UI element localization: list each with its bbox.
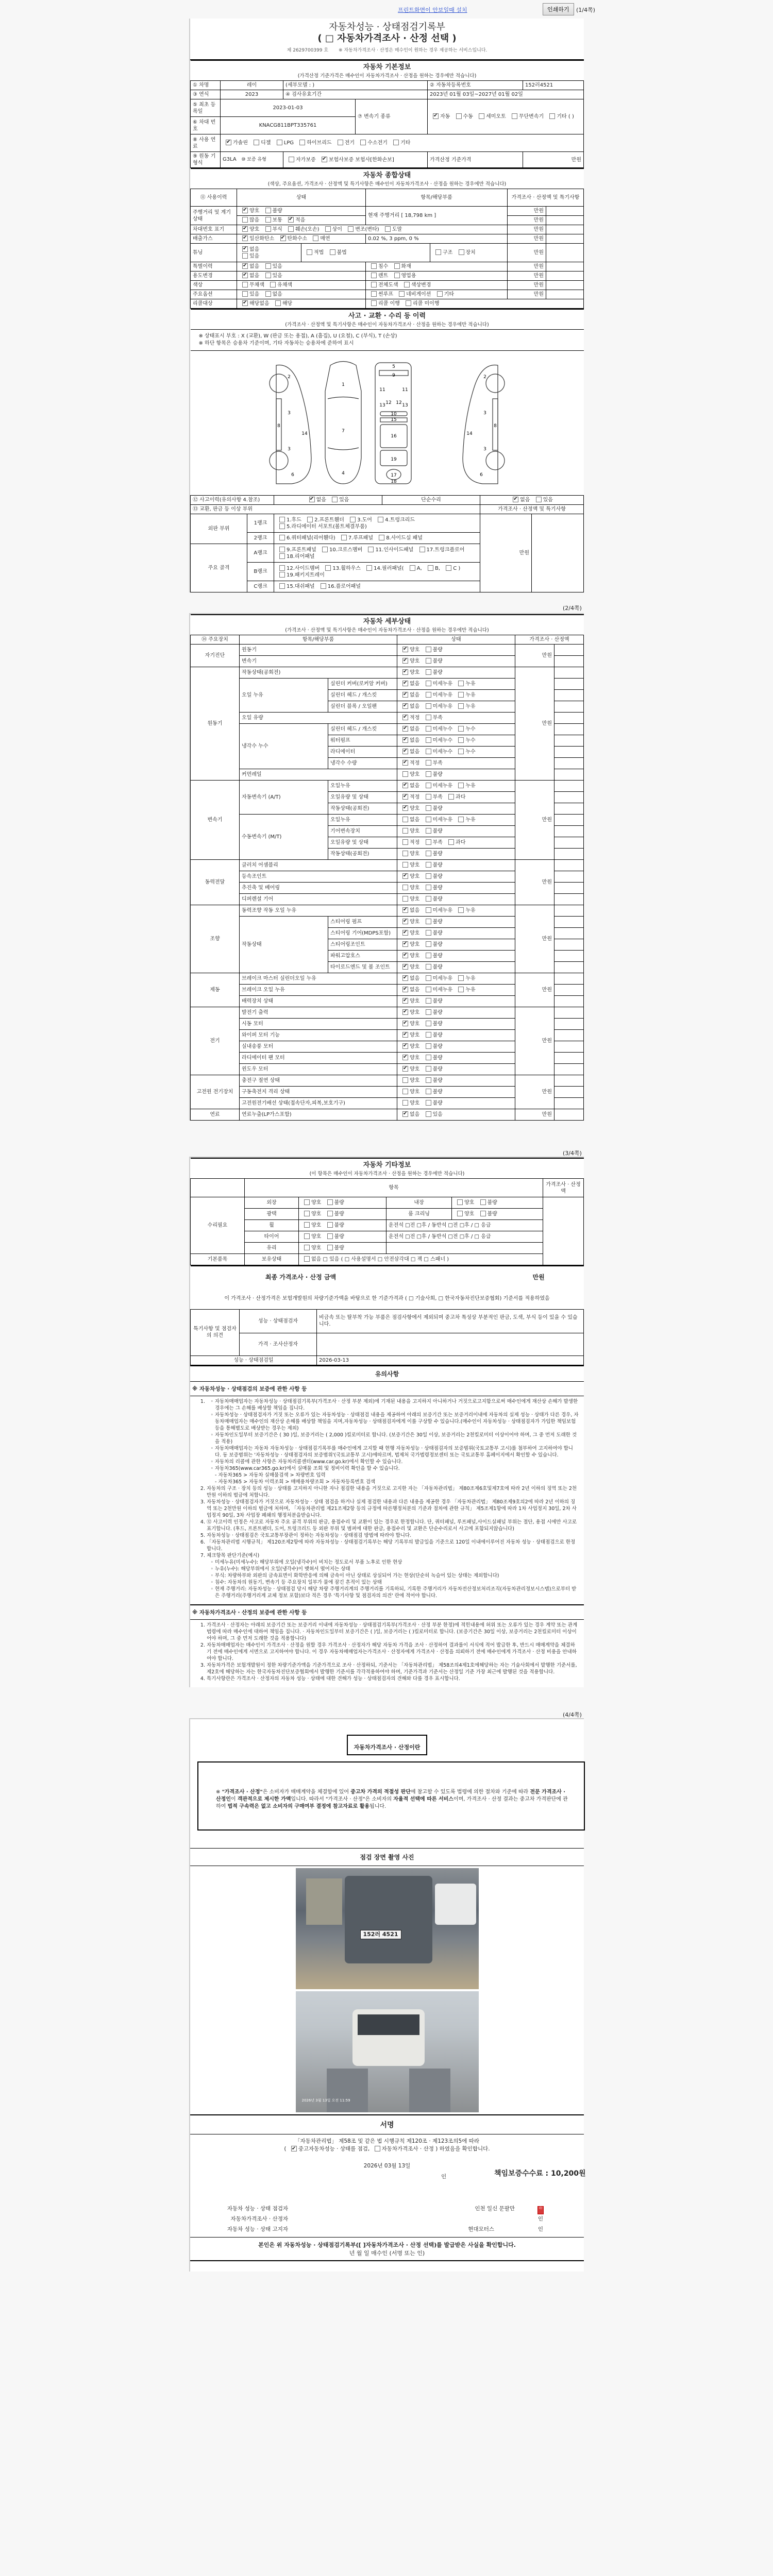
checkbox-icon: [402, 941, 408, 947]
detail-model-value: (세부모델 : ): [283, 81, 428, 90]
svg-text:14: 14: [301, 431, 308, 436]
checkbox-option: 없음: [399, 987, 419, 993]
item-label: 변속기: [240, 656, 397, 667]
holding-label: 보유상태: [245, 1254, 299, 1265]
checkbox-option: 불량: [423, 941, 443, 948]
price-note: [554, 985, 584, 996]
checkbox-icon: [242, 208, 248, 213]
checkbox-icon: [426, 817, 431, 822]
device-group: 조향: [191, 905, 240, 973]
item-label: 와이퍼 모터 기능: [240, 1030, 397, 1041]
checkbox-icon: [426, 873, 431, 879]
inspection-photo-front: 152러 4521: [296, 1868, 479, 1989]
section-subtitle: (가격산정 기준가격은 매수인이 자동차가격조사 · 산정을 원하는 경우에만 …: [193, 73, 582, 79]
checkbox-icon: [279, 553, 285, 559]
checkbox-option: 양호: [399, 1032, 419, 1039]
price-unit: 만원: [515, 1007, 554, 1075]
checkbox-icon: [402, 851, 408, 856]
checkbox-option: 15.대쉬패널: [276, 583, 315, 590]
inspection-photo-rear: 2026년 3월 13일 오전 11:59: [296, 1991, 479, 2112]
mileage-status: 양호 불량: [237, 207, 366, 216]
appraiser-label: 가격 · 조사산정자: [240, 1333, 317, 1355]
checkbox-option: 8.사이드실 패널: [376, 535, 423, 541]
notes-title: 유의사항: [190, 1365, 584, 1381]
checkbox-icon: [426, 885, 431, 890]
first-reg-value: 2023-01-03: [221, 99, 356, 117]
price-note: [554, 701, 584, 713]
checkbox-icon: [433, 113, 439, 119]
checkbox-icon: [549, 113, 555, 119]
price-note: [554, 724, 584, 735]
item-label: 오일 유량: [240, 713, 397, 724]
price-unit: 만원: [508, 262, 546, 272]
checkbox-icon: [402, 896, 408, 902]
checkbox-icon: [426, 715, 431, 720]
checkbox-option: 유채색: [267, 282, 292, 289]
simple-repair-label: 단순수리: [382, 496, 480, 505]
checkbox-option: 미세누수: [423, 749, 453, 755]
field-label: ⑦ 변속기 종류: [356, 99, 428, 134]
table-row: 전기발전기 출력양호 불량만원: [191, 1007, 584, 1019]
print-help-link[interactable]: 프린트화면이 안보일때 설치: [398, 6, 467, 14]
checkbox-icon: [378, 517, 383, 522]
checkbox-icon: [426, 828, 431, 834]
checkbox-icon: [304, 1245, 310, 1250]
table-row: 원동기작동상태(공회전)양호 불량만원: [191, 667, 584, 679]
checkbox-option: 양호: [301, 1245, 321, 1251]
section-title: 자동차 종합상태: [193, 172, 582, 179]
checkbox-option: 불량: [423, 851, 443, 857]
checkbox-icon: [426, 681, 431, 686]
svg-text:4: 4: [342, 471, 345, 476]
notes-section-title: ※ 자동차가격조사 · 산정의 보증에 관한 사항 등: [190, 1604, 584, 1620]
price-unit: 만원: [508, 225, 546, 234]
checkbox-option: 불량: [324, 1222, 344, 1229]
price-unit: 만원: [508, 281, 546, 290]
inspection-period-value: 2023년 01월 03일~2027년 01월 02일: [428, 90, 584, 99]
checkbox-option: 양호: [399, 1066, 419, 1073]
checkbox-icon: [366, 565, 372, 571]
checkbox-icon: [394, 263, 400, 269]
price-note: [554, 803, 584, 815]
checkbox-icon: [437, 291, 443, 297]
photo-timestamp: 2026년 3월 13일 오전 11:59: [302, 2098, 350, 2103]
page-1: 자동차성능 · 상태점검기록부 ( □ 자동차가격조사 · 산정 선택 ) 제 …: [189, 19, 584, 592]
svg-text:3: 3: [288, 411, 291, 416]
checkbox-icon: [399, 291, 405, 297]
device-group: 자기진단: [191, 645, 240, 667]
page-2: 자동차 세부상태(가격조사 · 산정액 및 특기사항은 매수인이 자동차가격조사…: [189, 613, 584, 1121]
checkbox-option: 자가보증: [285, 157, 316, 163]
table-row: 유리양호 불량: [191, 1243, 584, 1254]
price-note: [546, 272, 584, 281]
item-label: 고전원전기배선 상태(접속단자,피복,보호기구): [240, 1098, 397, 1109]
svg-text:8: 8: [494, 423, 497, 429]
checkbox-option: 양호: [301, 1199, 321, 1206]
note-item: 자동차성능 · 상태점검은 국토교통부장관이 정하는 자동차성능 · 상태점검 …: [207, 1532, 579, 1539]
checkbox-icon: [426, 862, 431, 868]
checkbox-option: 없음: [239, 273, 259, 279]
svg-text:11: 11: [379, 387, 385, 393]
checkbox-icon: [279, 572, 285, 578]
checkbox-icon: [402, 1077, 408, 1083]
group-label: 주요 골격: [191, 544, 247, 592]
sub-item-label: 작동상태(공회전): [328, 849, 397, 860]
notes-section-title: ※ 자동차성능 · 상태점검의 보증에 관한 사항 등: [190, 1381, 584, 1396]
table-row: 튜닝없음있음적법 불법구조 장치만원: [191, 244, 584, 262]
checkbox-icon: [536, 497, 542, 502]
checkbox-option: 양호: [239, 208, 259, 214]
checkbox-icon: [402, 964, 408, 970]
field-label: ⑤ 최초 등록일: [191, 99, 221, 117]
checkbox-icon: [307, 517, 313, 522]
checkbox-option: 12.사이드멤버: [276, 565, 320, 572]
note-item: 자동차매매업자는 매수인이 가격조사 · 산정을 원할 경우 가격조사 · 산정…: [207, 1642, 579, 1662]
checkbox-icon: [426, 975, 431, 981]
price-note: [554, 826, 584, 837]
accident-history: 없음 있음: [274, 496, 382, 505]
checkbox-option: 양호: [399, 919, 419, 925]
section-subtitle: (색상, 주요옵션, 가격조사 · 산정액 및 특기사항은 매수인이 자동차가격…: [193, 181, 582, 188]
checkbox-icon: [242, 235, 248, 241]
note-item: ⑫ 사고이력 인정은 사고로 자동차 주요 골격 부위의 판금, 용접수리 및 …: [207, 1519, 579, 1532]
checkbox-icon: [371, 291, 377, 297]
final-price-label: 최종 가격조사 · 산정 금액: [193, 1274, 409, 1281]
checkbox-option: 누유: [455, 783, 475, 789]
checkbox-option: 미세누유: [423, 987, 453, 993]
rank-label: C랭크: [247, 581, 274, 592]
checkbox-option: 누유: [455, 817, 475, 823]
checkbox-icon: [402, 1111, 408, 1117]
sub-item-label: 오일유량 및 상태: [328, 837, 397, 849]
reg-no-value: 152러4521: [523, 81, 584, 90]
svg-text:3: 3: [288, 447, 291, 452]
sub-item-label: 실린더 헤드 / 개스킷: [328, 724, 397, 735]
notifier-sign-name: 현대모터스: [288, 2226, 494, 2233]
inspector-opinion: 비금속 또는 탈부착 가능 부품은 점검사항에서 제외되며 중고차 특성상 부분…: [317, 1309, 584, 1333]
checkbox-option: 양호: [454, 1199, 474, 1206]
device-group: 고전원 전기장치: [191, 1075, 240, 1109]
checkbox-icon: [426, 941, 431, 947]
checkbox-icon: [426, 1032, 431, 1038]
checkbox-option: 누유: [455, 681, 475, 687]
checkbox-icon: [338, 140, 343, 145]
checkbox-icon: [254, 140, 259, 145]
remarks-label: 특기사항 및 점검자의 의견: [191, 1309, 240, 1355]
checkbox-option: 18.리어패널: [276, 553, 315, 560]
sub-item-label: 오일누유: [328, 781, 397, 792]
notes-section-1: 자동차매매업자는 자동차성능 · 상태점검기록부(가격조사 · 산정 부분 제외…: [190, 1396, 584, 1604]
checkbox-icon: [426, 907, 431, 913]
checkbox-option: 불량: [423, 998, 443, 1005]
checkbox-icon: [428, 565, 433, 571]
checkbox-icon: [402, 658, 408, 664]
price-note: [532, 514, 584, 592]
checkbox-option: 불량: [477, 1211, 497, 1217]
checkbox-option: 리콜 이행: [368, 300, 400, 307]
appraisal-info-box: 자동차가격조사 · 산정이란 ※ "가격조사 · 산정"은 소비자가 매매계약을…: [190, 1719, 584, 1848]
checkbox-icon: [426, 839, 431, 845]
price-note: [554, 1041, 584, 1053]
mileage-level: 많음 보통 적음: [237, 216, 366, 225]
column-header: 가격조사 · 산정액: [543, 1179, 584, 1197]
svg-text:16: 16: [391, 434, 397, 439]
checkbox-option: 양호: [399, 805, 419, 812]
checkbox-option: 부족: [423, 760, 443, 767]
checkbox-option: 없음: [306, 497, 326, 503]
svg-text:18: 18: [391, 479, 397, 484]
note-bullet: 자동차매매업자는 자동차 자동차성능 · 상태점검기록부를 매수인에게 고지할 …: [215, 1445, 579, 1459]
checkbox-icon: [458, 681, 464, 686]
section-title: 사고 · 교환 · 수리 등 이력: [193, 313, 582, 319]
table-row: 배출가스일산화탄소 탄화수소 매연0.02 %, 3 ppm, 0 %만원: [191, 234, 584, 244]
field-label: ① 차명: [191, 81, 221, 90]
note-item: 가격조사 · 산정자는 아래의 보증기간 또는 보증거리 이내에 자동차성능 ·…: [207, 1622, 579, 1642]
item-label: 오일 누유: [240, 679, 328, 713]
group-label: 외판 부위: [191, 514, 247, 544]
item-label: 동력조향 작동 오일 누유: [240, 905, 397, 917]
price-note: [554, 1064, 584, 1075]
checkbox-icon: [277, 140, 282, 145]
checkbox-icon: [513, 497, 518, 502]
checkbox-icon: [279, 547, 285, 552]
checkbox-option: 없음: [399, 726, 419, 733]
price-note: [554, 917, 584, 928]
checkbox-option: 있음: [533, 497, 553, 503]
item-label: 원동기: [240, 645, 397, 656]
checkbox-icon: [265, 263, 271, 269]
checkbox-icon: [426, 964, 431, 970]
item-label: 수동변속기 (M/T): [240, 815, 328, 860]
checkbox-option: 미세누유: [423, 975, 453, 982]
table-row: 광택양호 불량룸 크리닝양호 불량: [191, 1209, 584, 1220]
item-label: 추진축 및 베어링: [240, 883, 397, 894]
vin-value: KNACG811BPT335761: [221, 117, 356, 134]
checkbox-option: 없음: [399, 1111, 419, 1118]
price-note: [554, 792, 584, 803]
checkbox-icon: [226, 140, 231, 145]
item-label: 시동 모터: [240, 1019, 397, 1030]
checkbox-icon: [404, 282, 410, 287]
seal-mark: 인: [494, 2226, 566, 2233]
price-unit: 만원: [515, 1109, 554, 1121]
checkbox-icon: [379, 535, 384, 540]
svg-text:9: 9: [392, 373, 395, 378]
item-label: 배력장치 상태: [240, 996, 397, 1007]
checkbox-icon: [242, 263, 248, 269]
sub-item-label: 라디에이터: [328, 747, 397, 758]
table-row: 차대번호 표기양호 부식 훼손(오손) 상이 변조(변타) 도말만원: [191, 225, 584, 234]
checkbox-option: 매연: [310, 235, 330, 242]
fuel-options: 가솔린 디젤 LPG 하이브리드 전기 수소전기 기타: [221, 134, 584, 152]
column-header: 가격조사 · 산정액 및 특기사항: [508, 189, 584, 207]
checkbox-icon: [368, 547, 374, 552]
price-note: [546, 262, 584, 272]
checkbox-icon: [426, 703, 431, 709]
checkbox-icon: [402, 783, 408, 788]
checkbox-icon: [402, 1089, 408, 1094]
price-note: [554, 1030, 584, 1041]
device-group: 원동기: [191, 667, 240, 781]
checkbox-icon: [426, 783, 431, 788]
checkbox-option: 없음: [399, 783, 419, 789]
field-label: ② 자동차등록번호: [428, 81, 523, 90]
appraisal-box-text: ※ "가격조사 · 산정"은 소비자가 매매계약을 체결함에 있어 중고차 가격…: [216, 1789, 568, 1810]
checkbox-option: 있음: [329, 497, 349, 503]
price-note: [554, 667, 584, 679]
checkbox-option: 양호: [454, 1211, 474, 1217]
note-item: 자동차성능 · 상태점검자가 거짓으로 자동차성능 · 상태 점검을 하거나 실…: [207, 1499, 579, 1519]
checkbox-icon: [402, 862, 408, 868]
checkbox-icon: [265, 291, 271, 297]
checkbox-option: 13.휠하우스: [322, 565, 361, 572]
note-bullet: 자동차매매업자는 자동차성능 · 상태점검기록부(가격조사 · 산정 부분 제외…: [215, 1398, 579, 1412]
criteria-item: 부식: 차량하부와 외판의 금속표면이 화학반응에 의해 금속이 아닌 상태로 …: [215, 1572, 579, 1579]
checkbox-icon: [242, 217, 248, 223]
price-unit: 만원: [508, 216, 546, 225]
note-item: 체크항목 판단기준(예시)미세누유(미세누수): 해당부위에 오일(냉각수)이 …: [207, 1552, 579, 1599]
checkbox-option: 양호: [301, 1222, 321, 1229]
checkbox-icon: [426, 896, 431, 902]
checkbox-option: 양호: [399, 1009, 419, 1016]
price-unit: 만원: [508, 234, 546, 244]
price-note: [554, 905, 584, 917]
price-unit: 만원: [515, 667, 554, 781]
checkbox-icon: [330, 249, 335, 255]
print-button[interactable]: 인쇄하기: [543, 3, 574, 15]
note-item: 특기사항란은 가격조사 · 산정자의 자동차 성능 · 상태에 대한 견해가 성…: [207, 1675, 579, 1682]
checkbox-icon: [426, 1077, 431, 1083]
checkbox-icon: [426, 1100, 431, 1106]
checkbox-option: 4.트렁크리드: [375, 517, 415, 523]
column-header: 상태: [397, 635, 515, 645]
checkbox-option: 수동: [453, 113, 473, 120]
checkbox-option: 19.패키지트레이: [276, 572, 325, 579]
checkbox-icon: [279, 523, 285, 529]
note-item: 자동차매매업자는 자동차성능 · 상태점검기록부(가격조사 · 산정 부분 제외…: [207, 1398, 579, 1485]
item-label: 브레이크 오일 누유: [240, 985, 397, 996]
row-label: 용도변경: [191, 272, 237, 281]
checkbox-option: 무단변속기: [509, 113, 544, 120]
sub-item-label: 냉각수 수량: [328, 758, 397, 769]
item-label: 충전구 절연 상태: [240, 1075, 397, 1087]
checkbox-icon: [402, 907, 408, 913]
photos-title: 점검 장면 촬영 사진: [190, 1848, 584, 1866]
price-note: [554, 747, 584, 758]
basic-items-label: 기본품목: [191, 1254, 245, 1265]
price-note: [546, 290, 584, 299]
checkbox-option: 양호: [399, 930, 419, 937]
checkbox-icon: [426, 805, 431, 811]
used-car-confirm: 중고자동차성능 · 상태를 점검,: [298, 2146, 369, 2152]
checkbox-icon: [402, 1043, 408, 1049]
sub-item-label: 타이로드엔드 및 볼 조인트: [328, 962, 397, 973]
checkbox-option: 불량: [423, 930, 443, 937]
checkbox-option: 탄화수소: [277, 235, 308, 242]
checkbox-option: 불량: [423, 1089, 443, 1095]
checkbox-option: 누유: [455, 692, 475, 699]
checkbox-option: 적법: [304, 249, 324, 256]
checkbox-option: 양호: [399, 828, 419, 835]
checkbox-icon: [242, 291, 248, 297]
appraisal-box-title: 자동차가격조사 · 산정이란: [347, 1735, 428, 1755]
checkbox-option: 없음: [510, 497, 530, 503]
checkbox-option: 불량: [423, 828, 443, 835]
row-label: 색상: [191, 281, 237, 290]
checkbox-option: 양호: [399, 647, 419, 653]
position-text: 운전석 □전 □후 / 동반석 □전 □후 / □ 응급: [386, 1220, 543, 1231]
inspector-label: 성능 · 상태점검자: [240, 1309, 317, 1333]
checkbox-option: 있음: [262, 263, 282, 270]
signature-date: 2026년 03월 13일: [190, 2162, 584, 2170]
price-note: [554, 815, 584, 826]
checkbox-icon: [426, 1066, 431, 1072]
checkbox-icon: [402, 817, 408, 822]
inspection-date-label: 성능 · 상태점검일: [191, 1355, 317, 1365]
checkbox-icon: [426, 998, 431, 1004]
checkbox-icon: [402, 975, 408, 981]
checkbox-icon: [410, 565, 415, 571]
buyer-confirmation: 본인은 위 자동차성능 · 상태점검기록부([ ]자동차가격조사 · 산정 선택…: [190, 2237, 584, 2261]
checkbox-option: 16.플로어패널: [317, 583, 361, 590]
checkbox-icon: [479, 113, 484, 119]
checkbox-icon: [242, 300, 248, 306]
parts-label: ⑬ 교환, 판금 등 이상 부위: [191, 505, 480, 514]
svg-text:15: 15: [391, 417, 396, 422]
checkbox-icon: [402, 828, 408, 834]
checkbox-option: 상이: [322, 226, 342, 233]
price-note: [546, 225, 584, 234]
checkbox-icon: [402, 771, 408, 777]
checkbox-option: 양호: [399, 1100, 419, 1107]
checkbox-icon: [402, 987, 408, 992]
checkbox-option: 구조: [432, 249, 452, 256]
price-note: [554, 735, 584, 747]
checkbox-option: 과다: [445, 839, 465, 846]
checkbox-option: 양호: [301, 1211, 321, 1217]
buyer-confirm-text: 본인은 위 자동차성능 · 상태점검기록부([ ]자동차가격조사 · 산정 선택…: [258, 2242, 516, 2248]
year-value: 2023: [221, 90, 283, 99]
price-note: [554, 928, 584, 939]
checkbox-option: LPG: [274, 140, 294, 146]
simple-repair: 없음 있음: [480, 496, 584, 505]
sub-item-label: 스티어링조인트: [328, 939, 397, 951]
checkbox-option: 전기: [334, 140, 355, 146]
table-row: 동력전달클러치 어셈블리양호 불량만원: [191, 860, 584, 871]
checkbox-icon: [327, 1222, 333, 1228]
rank-label: B랭크: [247, 563, 274, 581]
checkbox-option: 불량: [423, 1032, 443, 1039]
checkbox-option: 불량: [324, 1211, 344, 1217]
svg-text:12: 12: [396, 400, 401, 405]
checkbox-option: 미세누유: [423, 703, 453, 710]
checkbox-option: 양호: [399, 851, 419, 857]
price-note: [546, 216, 584, 225]
checkbox-option: 색상변경: [401, 282, 431, 289]
checkbox-icon: [265, 273, 271, 278]
checkbox-icon: [448, 794, 454, 800]
checkbox-option: 적정: [399, 794, 419, 801]
checkbox-option: 침수: [368, 263, 388, 270]
checkbox-icon: [327, 1233, 333, 1239]
checkbox-option: 불량: [423, 964, 443, 971]
table-row: 용도변경없음 있음렌트 영업용만원: [191, 272, 584, 281]
checkbox-icon: [288, 226, 294, 232]
checkbox-icon: [242, 273, 248, 278]
checkbox-option: 자동: [430, 113, 450, 120]
checkbox-icon: [402, 760, 408, 766]
checkbox-option: 17.트렁크플로어: [416, 547, 465, 553]
